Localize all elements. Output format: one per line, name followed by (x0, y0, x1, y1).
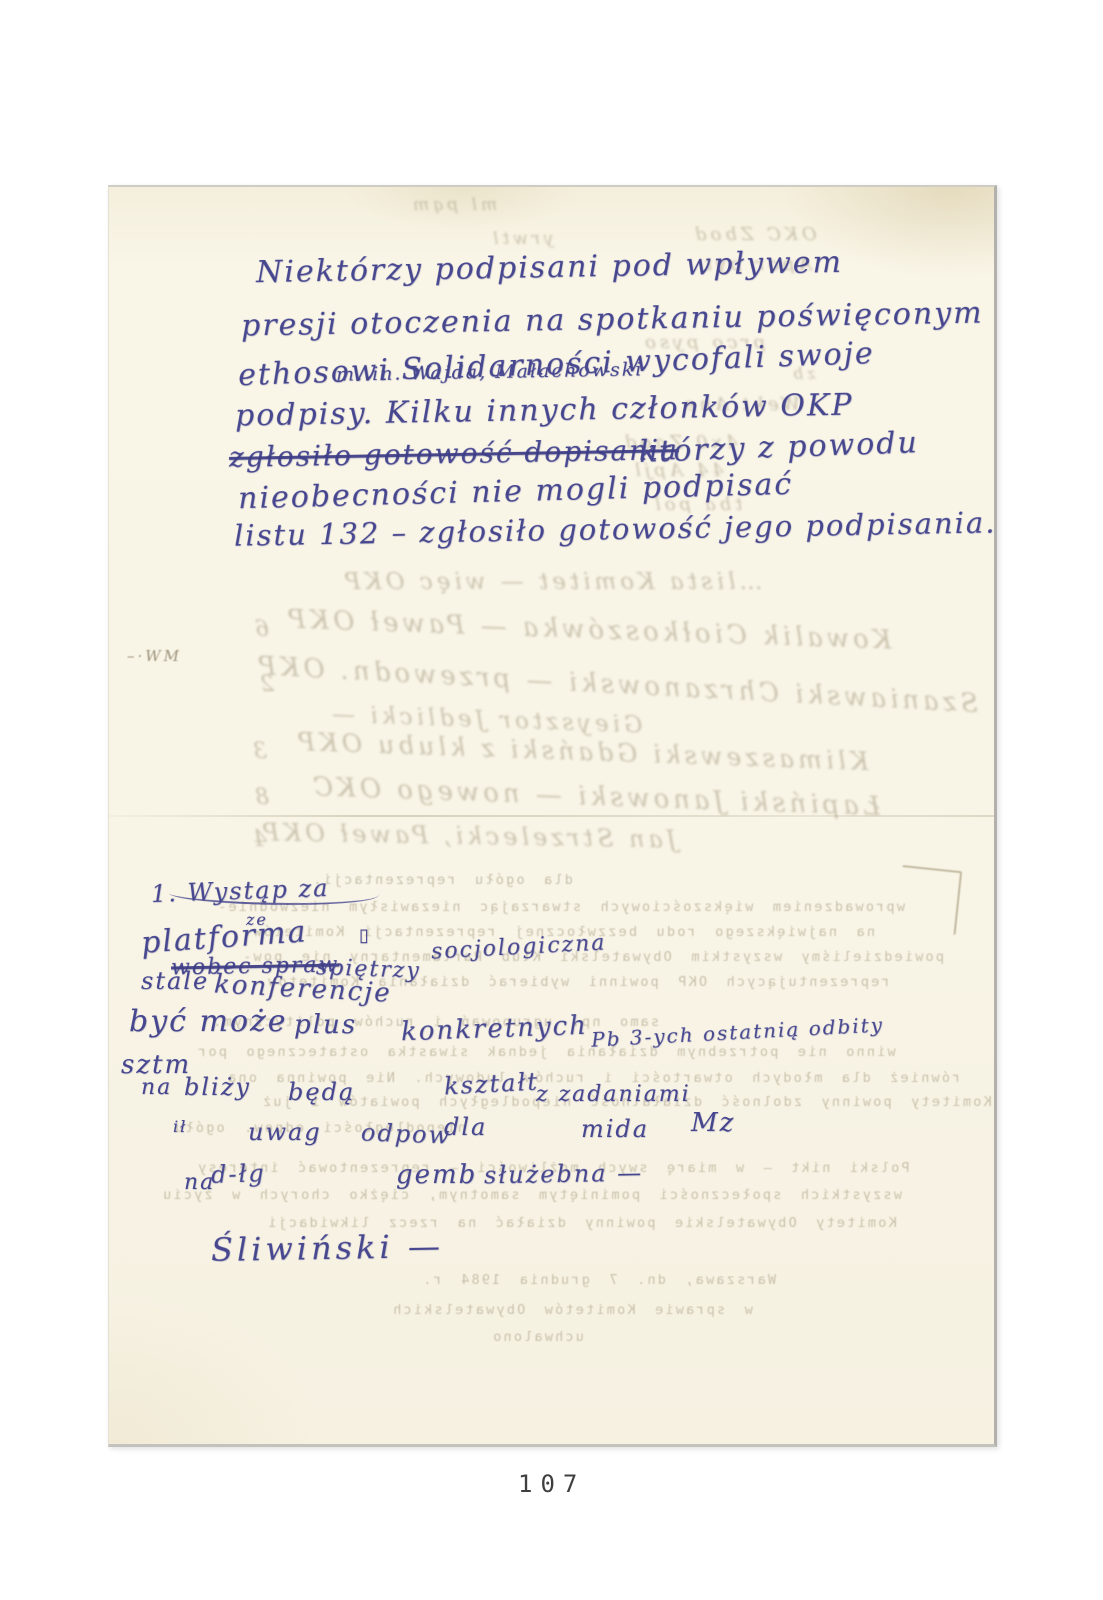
fold-line (109, 815, 994, 817)
pencil-bleed-list-number: 2 (256, 672, 274, 697)
pencil-bleed-item: Jan Strzelecki, Paweł OKP (259, 818, 677, 853)
annotation-word: z zadaniami (536, 1082, 691, 1107)
page-number: 107 (518, 1470, 585, 1498)
annotation-word: Mz (691, 1108, 735, 1138)
annotation-word: będą (288, 1078, 355, 1106)
annotation-word: odpow (361, 1118, 452, 1149)
pencil-bleed-list-number: 4 (249, 827, 267, 852)
annotation-word: stale (141, 967, 209, 995)
typed-bleed-line: dla ogółu reprezentacji. (311, 872, 573, 888)
annotation-word: kształt (443, 1068, 539, 1101)
typed-bleed-line: uchwalono (491, 1329, 584, 1345)
handwriting-line: Niektórzy podpisani pod wpływem (256, 245, 844, 290)
handwriting-insert-line: m. in. Wajda, Małachowski (336, 358, 644, 385)
pencil-bleed-item: …lista Komitet — więc OKP (341, 569, 762, 595)
pencil-bleed-list-number: 3 (249, 739, 267, 764)
pencil-bleed-list-number: 8 (251, 785, 269, 810)
pencil-bleed-fragment: yrwtl (489, 229, 554, 249)
annotation-word: być może (129, 1004, 288, 1039)
handwriting-struck-text: zgłosiło gotowość dopisania (229, 433, 679, 474)
annotation-word: służebna — (484, 1159, 644, 1190)
annotation-word: plus (294, 1010, 357, 1040)
pencil-bracket-mark (896, 865, 962, 935)
margin-pencil-mark: –·WM (127, 647, 182, 665)
annotation-word: bliży (184, 1073, 251, 1101)
scanned-page-background: ml pąm yrwtl OKC Zbod Apor pyt prco pyso… (0, 0, 1103, 1600)
pencil-bleed-list-number: 6 (251, 617, 269, 642)
annotation-word: ił (173, 1117, 187, 1136)
handwriting-line: podpisy. Kilku innych członków OKP (235, 388, 854, 434)
pencil-bleed-item: Kowalik Ciołkoszówka — Paweł OKP (284, 604, 892, 655)
annotation-word: d-łg (211, 1159, 267, 1189)
paper-sheet: ml pąm yrwtl OKC Zbod Apor pyt prco pyso… (108, 185, 997, 1447)
annotation-word: na (141, 1075, 172, 1100)
typed-bleed-line: wszystkich społeczności pominiętym samot… (161, 1187, 902, 1203)
annotation-word: konkretnych (401, 1011, 589, 1048)
typed-bleed-line: winno nie potrzebnym działania jednak si… (196, 1044, 896, 1060)
pencil-bleed-fragment: OKC Zbod (691, 224, 817, 245)
annotation-superscript: ze (246, 910, 268, 929)
typed-bleed-line: Warszawa, dn. 7 grudnia 1984 r. (421, 1272, 776, 1288)
signature: Śliwiński — (211, 1227, 444, 1269)
pencil-bleed-fragment: ml pąm (409, 195, 497, 215)
typed-bleed-line: w sprawie Komitetów Obywatelskich (391, 1302, 753, 1318)
box-doodle: ▯ (359, 925, 371, 946)
annotation-word: uwag (248, 1118, 322, 1146)
annotation-word: mida (581, 1115, 649, 1143)
annotation-word: dla (444, 1113, 487, 1141)
annotation-word: gemb (396, 1160, 477, 1190)
